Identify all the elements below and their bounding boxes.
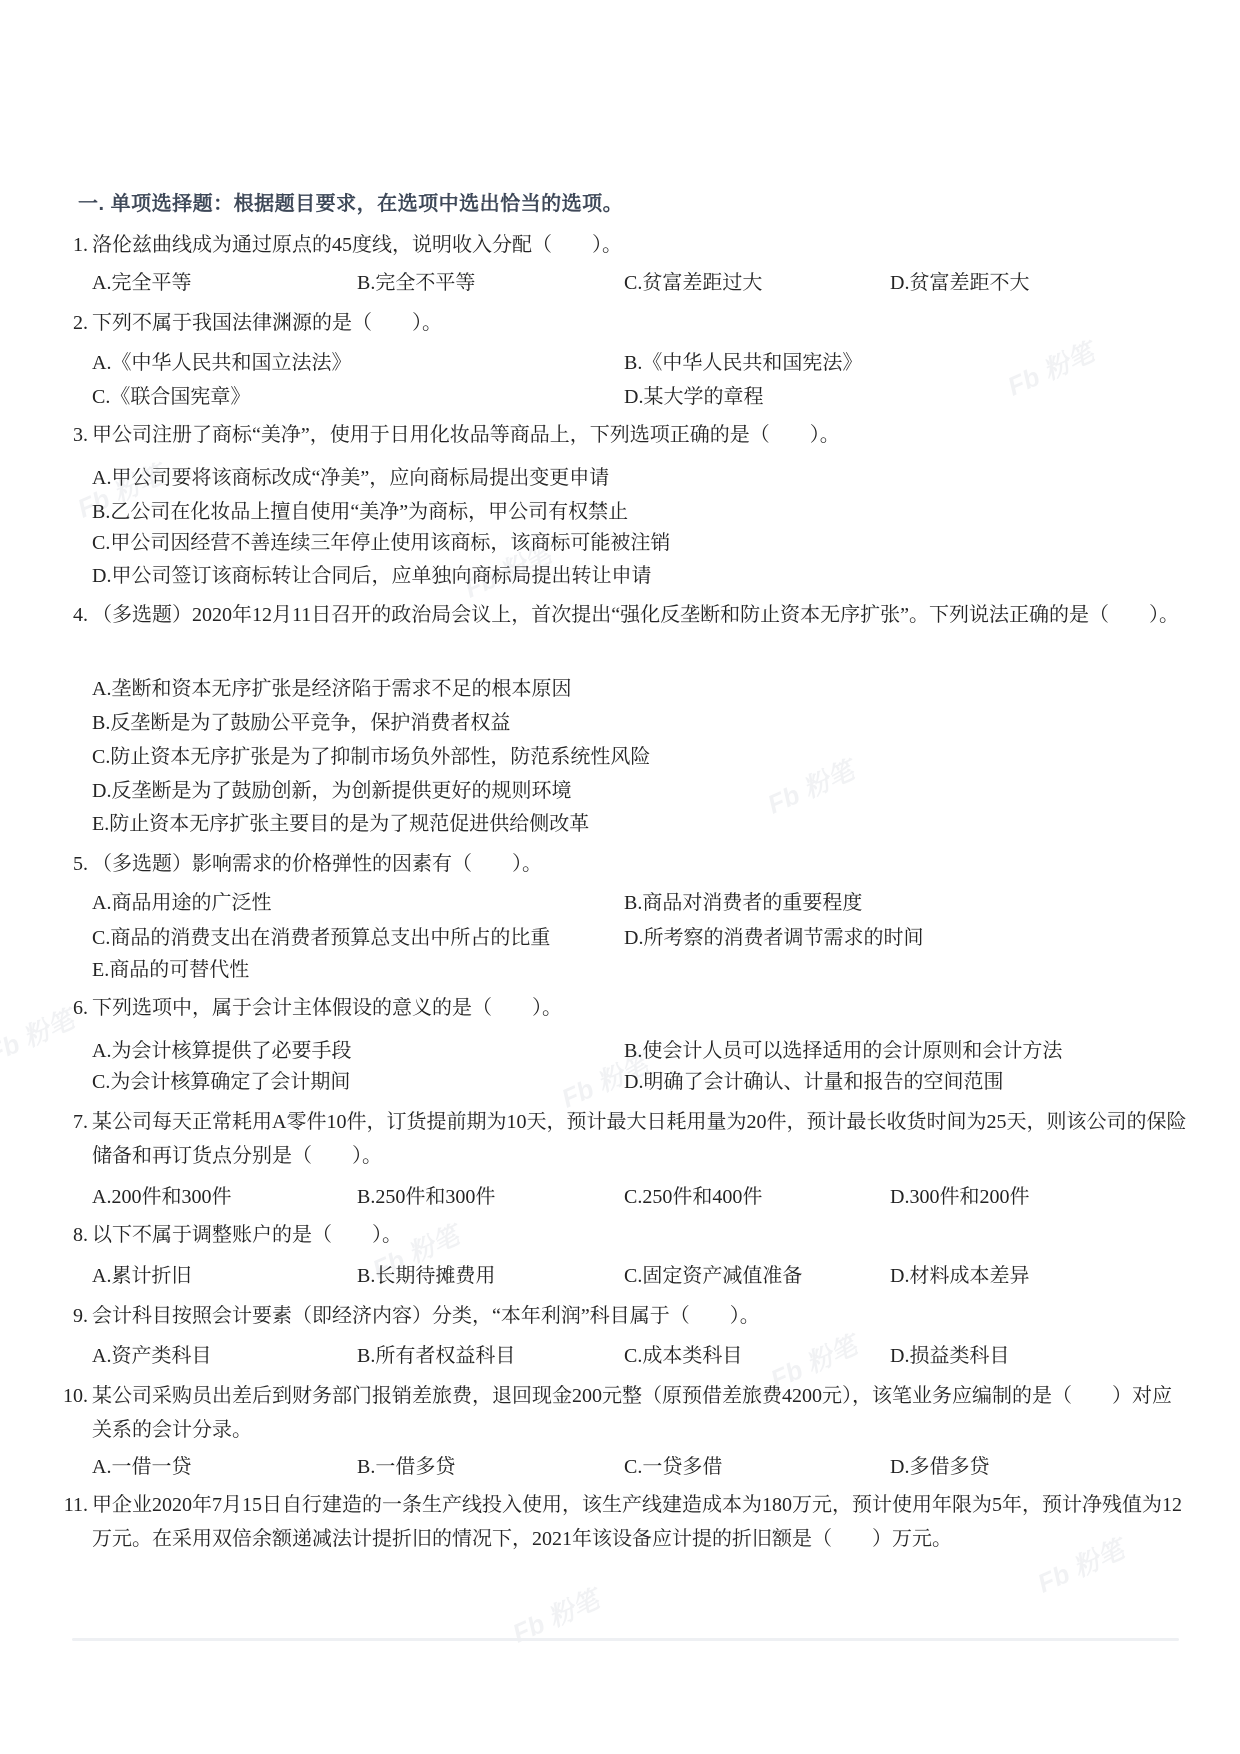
question-1-option-a: A.完全平等 xyxy=(92,266,191,300)
question-7-option-a: A.200件和300件 xyxy=(92,1180,231,1214)
question-10-option-d: D.多借多贷 xyxy=(890,1450,989,1484)
question-2-option-d: D.某大学的章程 xyxy=(624,380,763,414)
question-7-option-c: C.250件和400件 xyxy=(624,1180,762,1214)
question-10-text: 某公司采购员出差后到财务部门报销差旅费，退回现金200元整（原预借差旅费4200… xyxy=(92,1385,1172,1441)
question-6: 6. 下列选项中，属于会计主体假设的意义的是（ ）。 xyxy=(0,991,1240,1025)
question-8: 8. 以下不属于调整账户的是（ ）。 xyxy=(0,1218,1240,1252)
question-9-options: A.资产类科目 B.所有者权益科目 C.成本类科目 D.损益类科目 xyxy=(0,1339,1240,1373)
question-5-text: （多选题）影响需求的价格弹性的因素有（ ）。 xyxy=(92,853,542,875)
question-1-options: A.完全平等 B.完全不平等 C.贫富差距过大 D.贫富差距不大 xyxy=(0,266,1240,300)
question-6-options-row-1: A.为会计核算提供了必要手段 B.使会计人员可以选择适用的会计原则和会计方法 xyxy=(0,1034,1240,1068)
question-4-text: （多选题）2020年12月11日召开的政治局会议上，首次提出“强化反垄断和防止资… xyxy=(92,604,1179,626)
question-10-option-b: B.一借多贷 xyxy=(357,1450,455,1484)
question-10-option-a: A.一借一贷 xyxy=(92,1450,191,1484)
question-3-option-b: B.乙公司在化妆品上擅自使用“美净”为商标，甲公司有权禁止 xyxy=(0,495,1240,529)
question-1-text: 洛伦兹曲线成为通过原点的45度线，说明收入分配（ ）。 xyxy=(92,234,622,256)
question-8-option-b: B.长期待摊费用 xyxy=(357,1259,495,1293)
question-8-option-a: A.累计折旧 xyxy=(92,1259,191,1293)
question-3-number: 3. xyxy=(0,418,88,452)
question-10-options: A.一借一贷 B.一借多贷 C.一贷多借 D.多借多贷 xyxy=(0,1450,1240,1484)
question-7-number: 7. xyxy=(0,1105,88,1139)
question-5-options-row-1: A.商品用途的广泛性 B.商品对消费者的重要程度 xyxy=(0,886,1240,920)
question-2-option-b: B.《中华人民共和国宪法》 xyxy=(624,346,862,380)
question-2-number: 2. xyxy=(0,306,88,340)
question-9: 9. 会计科目按照会计要素（即经济内容）分类，“本年利润”科目属于（ ）。 xyxy=(0,1299,1240,1333)
question-6-options-row-2: C.为会计核算确定了会计期间 D.明确了会计确认、计量和报告的空间范围 xyxy=(0,1065,1240,1099)
question-8-options: A.累计折旧 B.长期待摊费用 C.固定资产减值准备 D.材料成本差异 xyxy=(0,1259,1240,1293)
exam-page: Fb 粉笔 Fb 粉笔 Fb 粉笔 Fb 粉笔 Fb 粉笔 Fb 粉笔 Fb 粉… xyxy=(0,0,1240,1754)
question-7-text: 某公司每天正常耗用A零件10件，订货提前期为10天，预计最大日耗用量为20件，预… xyxy=(92,1111,1186,1167)
question-7: 7. 某公司每天正常耗用A零件10件，订货提前期为10天，预计最大日耗用量为20… xyxy=(0,1105,1240,1173)
question-8-number: 8. xyxy=(0,1218,88,1252)
question-1: 1. 洛伦兹曲线成为通过原点的45度线，说明收入分配（ ）。 xyxy=(0,228,1240,262)
question-4-option-c: C.防止资本无序扩张是为了抑制市场负外部性，防范系统性风险 xyxy=(0,740,1240,774)
question-9-option-d: D.损益类科目 xyxy=(890,1339,1009,1373)
question-6-number: 6. xyxy=(0,991,88,1025)
question-3-option-a: A.甲公司要将该商标改成“净美”，应向商标局提出变更申请 xyxy=(0,461,1240,495)
question-7-options: A.200件和300件 B.250件和300件 C.250件和400件 D.30… xyxy=(0,1180,1240,1214)
question-9-text: 会计科目按照会计要素（即经济内容）分类，“本年利润”科目属于（ ）。 xyxy=(92,1305,760,1327)
question-2-options-row-2: C.《联合国宪章》 D.某大学的章程 xyxy=(0,380,1240,414)
question-4-option-b: B.反垄断是为了鼓励公平竞争，保护消费者权益 xyxy=(0,706,1240,740)
question-5-option-a: A.商品用途的广泛性 xyxy=(92,886,271,920)
question-5-options-row-2: C.商品的消费支出在消费者预算总支出中所占的比重 D.所考察的消费者调节需求的时… xyxy=(0,921,1240,955)
question-6-text: 下列选项中，属于会计主体假设的意义的是（ ）。 xyxy=(92,997,562,1019)
question-2-options-row-1: A.《中华人民共和国立法法》 B.《中华人民共和国宪法》 xyxy=(0,346,1240,380)
question-5-number: 5. xyxy=(0,847,88,881)
question-1-option-d: D.贫富差距不大 xyxy=(890,266,1029,300)
question-2: 2. 下列不属于我国法律渊源的是（ ）。 xyxy=(0,306,1240,340)
question-9-option-a: A.资产类科目 xyxy=(92,1339,211,1373)
question-5-option-b: B.商品对消费者的重要程度 xyxy=(624,886,862,920)
question-4: 4. （多选题）2020年12月11日召开的政治局会议上，首次提出“强化反垄断和… xyxy=(0,598,1240,632)
question-9-option-b: B.所有者权益科目 xyxy=(357,1339,515,1373)
question-4-number: 4. xyxy=(0,598,88,632)
question-1-number: 1. xyxy=(0,228,88,262)
question-1-option-b: B.完全不平等 xyxy=(357,266,475,300)
question-9-number: 9. xyxy=(0,1299,88,1333)
question-5-option-c: C.商品的消费支出在消费者预算总支出中所占的比重 xyxy=(92,921,550,955)
question-5: 5. （多选题）影响需求的价格弹性的因素有（ ）。 xyxy=(0,847,1240,881)
question-6-option-d: D.明确了会计确认、计量和报告的空间范围 xyxy=(624,1065,1003,1099)
question-3-option-c: C.甲公司因经营不善连续三年停止使用该商标，该商标可能被注销 xyxy=(0,526,1240,560)
question-4-option-d: D.反垄断是为了鼓励创新，为创新提供更好的规则环境 xyxy=(0,774,1240,808)
question-10-option-c: C.一贷多借 xyxy=(624,1450,722,1484)
question-7-option-b: B.250件和300件 xyxy=(357,1180,495,1214)
question-10: 10. 某公司采购员出差后到财务部门报销差旅费，退回现金200元整（原预借差旅费… xyxy=(0,1379,1240,1447)
question-3-text: 甲公司注册了商标“美净”，使用于日用化妆品等商品上，下列选项正确的是（ ）。 xyxy=(92,424,840,446)
question-6-option-b: B.使会计人员可以选择适用的会计原则和会计方法 xyxy=(624,1034,1062,1068)
question-7-option-d: D.300件和200件 xyxy=(890,1180,1029,1214)
section-title: 一. 单项选择题：根据题目要求，在选项中选出恰当的选项。 xyxy=(0,187,1240,221)
question-8-option-c: C.固定资产减值准备 xyxy=(624,1259,802,1293)
question-6-option-c: C.为会计核算确定了会计期间 xyxy=(92,1065,350,1099)
page-bottom-divider xyxy=(72,1638,1179,1641)
question-10-number: 10. xyxy=(0,1379,88,1413)
question-8-text: 以下不属于调整账户的是（ ）。 xyxy=(92,1224,402,1246)
question-1-option-c: C.贫富差距过大 xyxy=(624,266,762,300)
question-3-option-d: D.甲公司签订该商标转让合同后，应单独向商标局提出转让申请 xyxy=(0,559,1240,593)
question-8-option-d: D.材料成本差异 xyxy=(890,1259,1029,1293)
question-5-option-d: D.所考察的消费者调节需求的时间 xyxy=(624,921,923,955)
question-11: 11. 甲企业2020年7月15日自行建造的一条生产线投入使用，该生产线建造成本… xyxy=(0,1488,1240,1556)
question-4-option-a: A.垄断和资本无序扩张是经济陷于需求不足的根本原因 xyxy=(0,672,1240,706)
question-5-option-e: E.商品的可替代性 xyxy=(0,953,1240,987)
question-2-option-c: C.《联合国宪章》 xyxy=(92,380,250,414)
question-3: 3. 甲公司注册了商标“美净”，使用于日用化妆品等商品上，下列选项正确的是（ ）… xyxy=(0,418,1240,452)
question-11-text: 甲企业2020年7月15日自行建造的一条生产线投入使用，该生产线建造成本为180… xyxy=(92,1494,1182,1550)
question-11-number: 11. xyxy=(0,1488,88,1522)
question-6-option-a: A.为会计核算提供了必要手段 xyxy=(92,1034,351,1068)
question-9-option-c: C.成本类科目 xyxy=(624,1339,742,1373)
question-2-text: 下列不属于我国法律渊源的是（ ）。 xyxy=(92,312,442,334)
question-2-option-a: A.《中华人民共和国立法法》 xyxy=(92,346,351,380)
question-4-option-e: E.防止资本无序扩张主要目的是为了规范促进供给侧改革 xyxy=(0,807,1240,841)
